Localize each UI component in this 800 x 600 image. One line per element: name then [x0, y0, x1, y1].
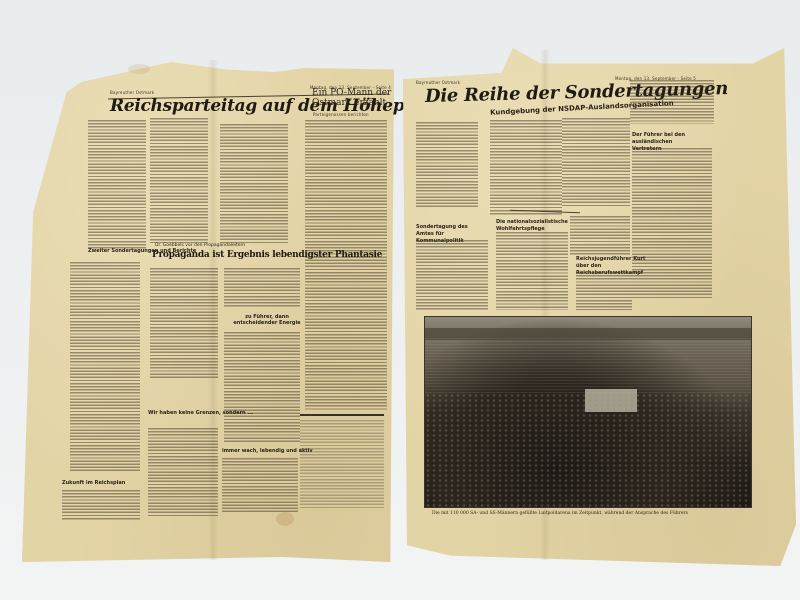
- right-text-column: [576, 272, 632, 310]
- left-subhead: Wir haben keine Grenzen, sondern ...: [148, 410, 253, 416]
- right-text-column: [570, 216, 630, 256]
- right-text-column: [416, 122, 478, 208]
- left-masthead: Bayreuther Ostmark: [110, 90, 154, 95]
- left-side-subline: Parteigenossen berichten: [313, 112, 369, 117]
- left-subhead: Zukunft im Reichsplan: [62, 480, 125, 486]
- photo-field: [425, 336, 751, 393]
- table-text: [300, 420, 384, 510]
- left-text-column: [224, 332, 300, 442]
- right-text-column: [562, 118, 630, 208]
- photo-crowd: [425, 393, 751, 507]
- left-side-headline: Ein PO-Mann der Ostmark erzählt: [312, 88, 392, 108]
- left-text-column: [88, 120, 146, 250]
- paper-stain: [128, 64, 150, 74]
- paper-stain: [276, 512, 294, 526]
- right-text-column: [490, 120, 562, 216]
- left-pull-quote: zu Führer, dann entscheidender Energie: [232, 314, 302, 326]
- left-text-column: [224, 268, 300, 308]
- left-results-table: [300, 414, 384, 516]
- right-text-column: [630, 80, 714, 124]
- left-text-column: [220, 124, 288, 244]
- left-text-column: [305, 120, 387, 410]
- left-text-column: [148, 428, 218, 518]
- left-text-column: [62, 490, 140, 520]
- left-feature-kicker: Dr. Goebbels vor den Propagandaleitern: [155, 243, 245, 248]
- rally-photograph: [424, 316, 752, 508]
- left-headline: Reichsparteitag auf dem Höhepunkt: [110, 96, 447, 116]
- left-text-column: [70, 262, 140, 472]
- right-text-column: [496, 232, 568, 310]
- left-text-column: [150, 118, 208, 243]
- right-text-column: [416, 240, 488, 310]
- left-text-column: [222, 458, 298, 513]
- photo-caption: Die mit 110 000 SA- und SS-Männern gefül…: [432, 511, 688, 516]
- left-text-column: [150, 268, 218, 378]
- right-subhead: Die nationalsozialistische Wohlfahrtspfl…: [496, 219, 576, 233]
- left-feature-headline: Propaganda ist Ergebnis lebendigster Pha…: [152, 250, 382, 260]
